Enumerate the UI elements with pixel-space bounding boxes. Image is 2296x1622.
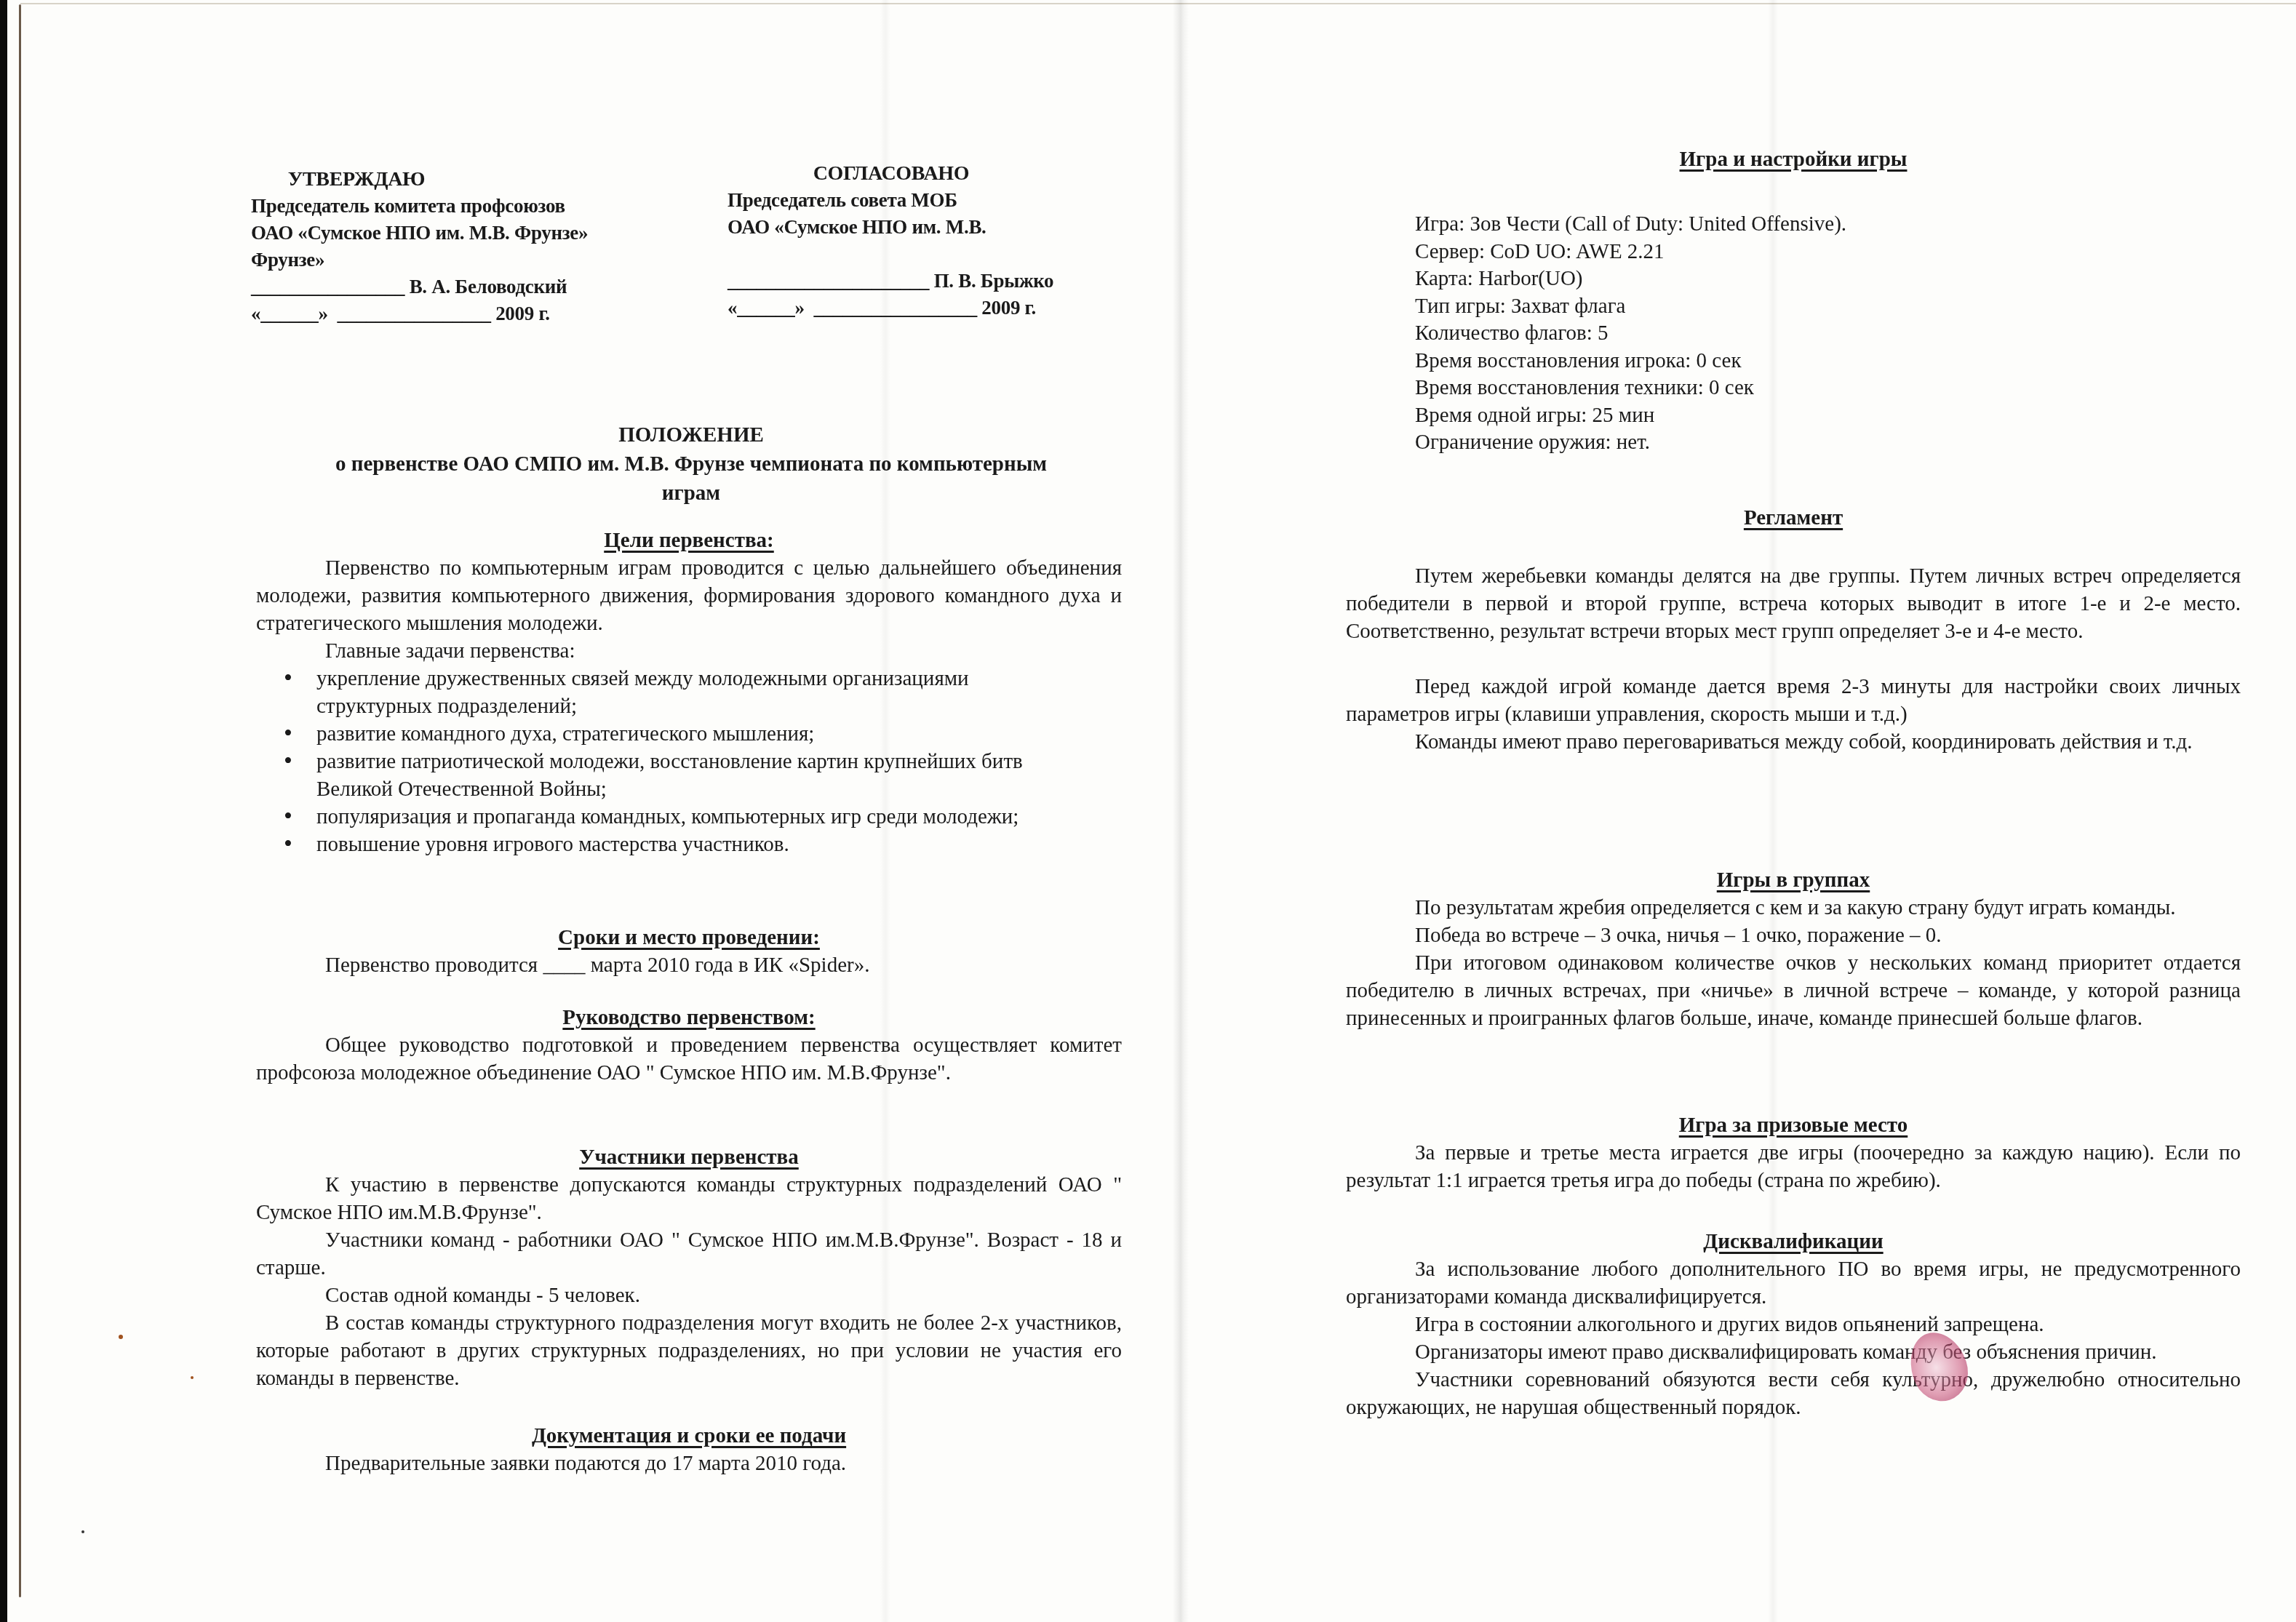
paper-speck [81, 1530, 84, 1533]
dates-place-paragraph: Первенство проводится ____ марта 2010 го… [256, 951, 1122, 979]
documentation-paragraph: Предварительные заявки подаются до 17 ма… [256, 1450, 1122, 1477]
participants-paragraph: Состав одной команды - 5 человек. [256, 1282, 1122, 1309]
section-heading: Игра и настройки игры [1680, 148, 1908, 171]
approval-line: Фрунзе» [251, 247, 658, 273]
section-group-games: Игры в группах По результатам жребия опр… [1346, 866, 2241, 1032]
paper-speck [191, 1376, 194, 1379]
management-paragraph: Общее руководство подготовкой и проведен… [256, 1031, 1122, 1087]
disqualification-paragraph: Участники соревнований обязуются вести с… [1346, 1366, 2241, 1421]
prize-games-paragraph: За первые и третье места играется две иг… [1346, 1139, 2241, 1194]
disqualification-paragraph: Игра в состоянии алкогольного и других в… [1346, 1311, 2241, 1338]
disqualification-paragraph: За использование любого дополнительного … [1346, 1255, 2241, 1311]
agreement-date-line: «______» _________________ 2009 г. [728, 295, 1135, 321]
section-heading: Сроки и место проведении: [558, 926, 820, 949]
section-disqualification: Дисквалификации За использование любого … [1346, 1228, 2241, 1421]
center-fold [1173, 0, 1189, 1622]
group-games-paragraph: При итоговом одинаковом количестве очков… [1346, 949, 2241, 1032]
agreement-line: Председатель совета МОБ [728, 187, 1135, 214]
approval-line: ОАО «Сумское НПО им. М.В. Фрунзе» [251, 220, 658, 247]
group-games-paragraph: По результатам жребия определяется с кем… [1346, 894, 2241, 922]
agreement-signature-line: _____________________ П. В. Брыжко [728, 268, 1135, 295]
task-item: повышение уровня игрового мастерства уча… [276, 831, 1062, 858]
agreement-line: ОАО «Сумское НПО им. М.В. [728, 214, 1135, 241]
section-participants: Участники первенства К участию в первенс… [256, 1143, 1122, 1392]
paper-speck [119, 1335, 123, 1339]
section-heading: Руководство первенством: [562, 1006, 815, 1029]
document-title: ПОЛОЖЕНИЕ [262, 420, 1120, 450]
approval-heading: УТВЕРЖДАЮ [251, 166, 462, 193]
section-heading: Игра за призовые место [1679, 1114, 1908, 1137]
setting-item: Время восстановления игрока: 0 сек [1415, 348, 2241, 375]
goals-paragraph: Первенство по компьютерным играм проводи… [256, 554, 1122, 637]
section-regulations: Регламент Путем жеребьевки команды делят… [1346, 504, 2241, 756]
task-item: развитие патриотической молодежи, восста… [276, 748, 1062, 803]
disqualification-paragraph: Организаторы имеют право дисквалифициров… [1346, 1338, 2241, 1366]
setting-item: Игра: Зов Чести (Call of Duty: United Of… [1415, 211, 2241, 239]
approval-date-line: «______» ________________ 2009 г. [251, 300, 658, 327]
setting-item: Количество флагов: 5 [1415, 320, 2241, 348]
regulations-paragraph: Путем жеребьевки команды делятся на две … [1346, 562, 2241, 645]
task-item: популяризация и пропаганда командных, ко… [276, 803, 1062, 831]
task-item: укрепление дружественных связей между мо… [276, 665, 1062, 720]
approval-signature-line: ________________ В. А. Беловодский [251, 273, 658, 300]
group-games-paragraph: Победа во встрече – 3 очка, ничья – 1 оч… [1346, 922, 2241, 949]
participants-paragraph: Участники команд - работники ОАО " Сумск… [256, 1226, 1122, 1282]
participants-paragraph: К участию в первенстве допускаются коман… [256, 1171, 1122, 1226]
setting-item: Время одной игры: 25 мин [1415, 402, 2241, 430]
document-title-block: ПОЛОЖЕНИЕ о первенстве ОАО СМПО им. М.В.… [262, 420, 1120, 508]
approval-line: Председатель комитета профсоюзов [251, 193, 658, 220]
setting-item: Тип игры: Захват флага [1415, 293, 2241, 321]
paper-top-edge [20, 3, 2296, 4]
regulations-paragraph: Команды имеют право переговариваться меж… [1346, 728, 2241, 756]
section-prize-games: Игра за призовые место За первые и треть… [1346, 1111, 2241, 1194]
section-heading: Цели первенства: [604, 529, 774, 552]
setting-item: Ограничение оружия: нет. [1415, 429, 2241, 457]
section-management: Руководство первенством: Общее руководст… [256, 1004, 1122, 1087]
setting-item: Время восстановления техники: 0 сек [1415, 375, 2241, 402]
participants-paragraph: В состав команды структурного подразделе… [256, 1309, 1122, 1392]
paper-edge [19, 4, 21, 1597]
section-goals: Цели первенства: Первенство по компьютер… [256, 527, 1122, 858]
section-heading: Документация и сроки ее подачи [532, 1424, 846, 1447]
tasks-list: укрепление дружественных связей между мо… [276, 665, 1062, 858]
section-documentation: Документация и сроки ее подачи Предварит… [256, 1422, 1122, 1477]
scanner-border [0, 0, 7, 1622]
game-settings-list: Игра: Зов Чести (Call of Duty: United Of… [1346, 211, 2241, 457]
document-subtitle: о первенстве ОАО СМПО им. М.В. Фрунзе че… [262, 450, 1120, 508]
section-dates-place: Сроки и место проведении: Первенство про… [256, 924, 1122, 979]
section-heading: Участники первенства [579, 1146, 799, 1169]
agreement-stamp: СОГЛАСОВАНО Председатель совета МОБ ОАО … [728, 160, 1135, 321]
agreement-heading: СОГЛАСОВАНО [728, 160, 1055, 187]
approval-stamp: УТВЕРЖДАЮ Председатель комитета профсоюз… [251, 166, 658, 327]
section-heading: Игры в группах [1717, 868, 1870, 892]
section-heading: Регламент [1744, 506, 1843, 530]
setting-item: Сервер: CoD UO: AWE 2.21 [1415, 239, 2241, 266]
regulations-paragraph: Перед каждой игрой команде дается время … [1346, 673, 2241, 728]
section-game-settings: Игра и настройки игры Игра: Зов Чести (C… [1346, 145, 2241, 457]
task-item: развитие командного духа, стратегическог… [276, 720, 1062, 748]
setting-item: Карта: Harbor(UO) [1415, 265, 2241, 293]
section-heading: Дисквалификации [1703, 1230, 1883, 1253]
tasks-intro: Главные задачи первенства: [256, 637, 1122, 665]
